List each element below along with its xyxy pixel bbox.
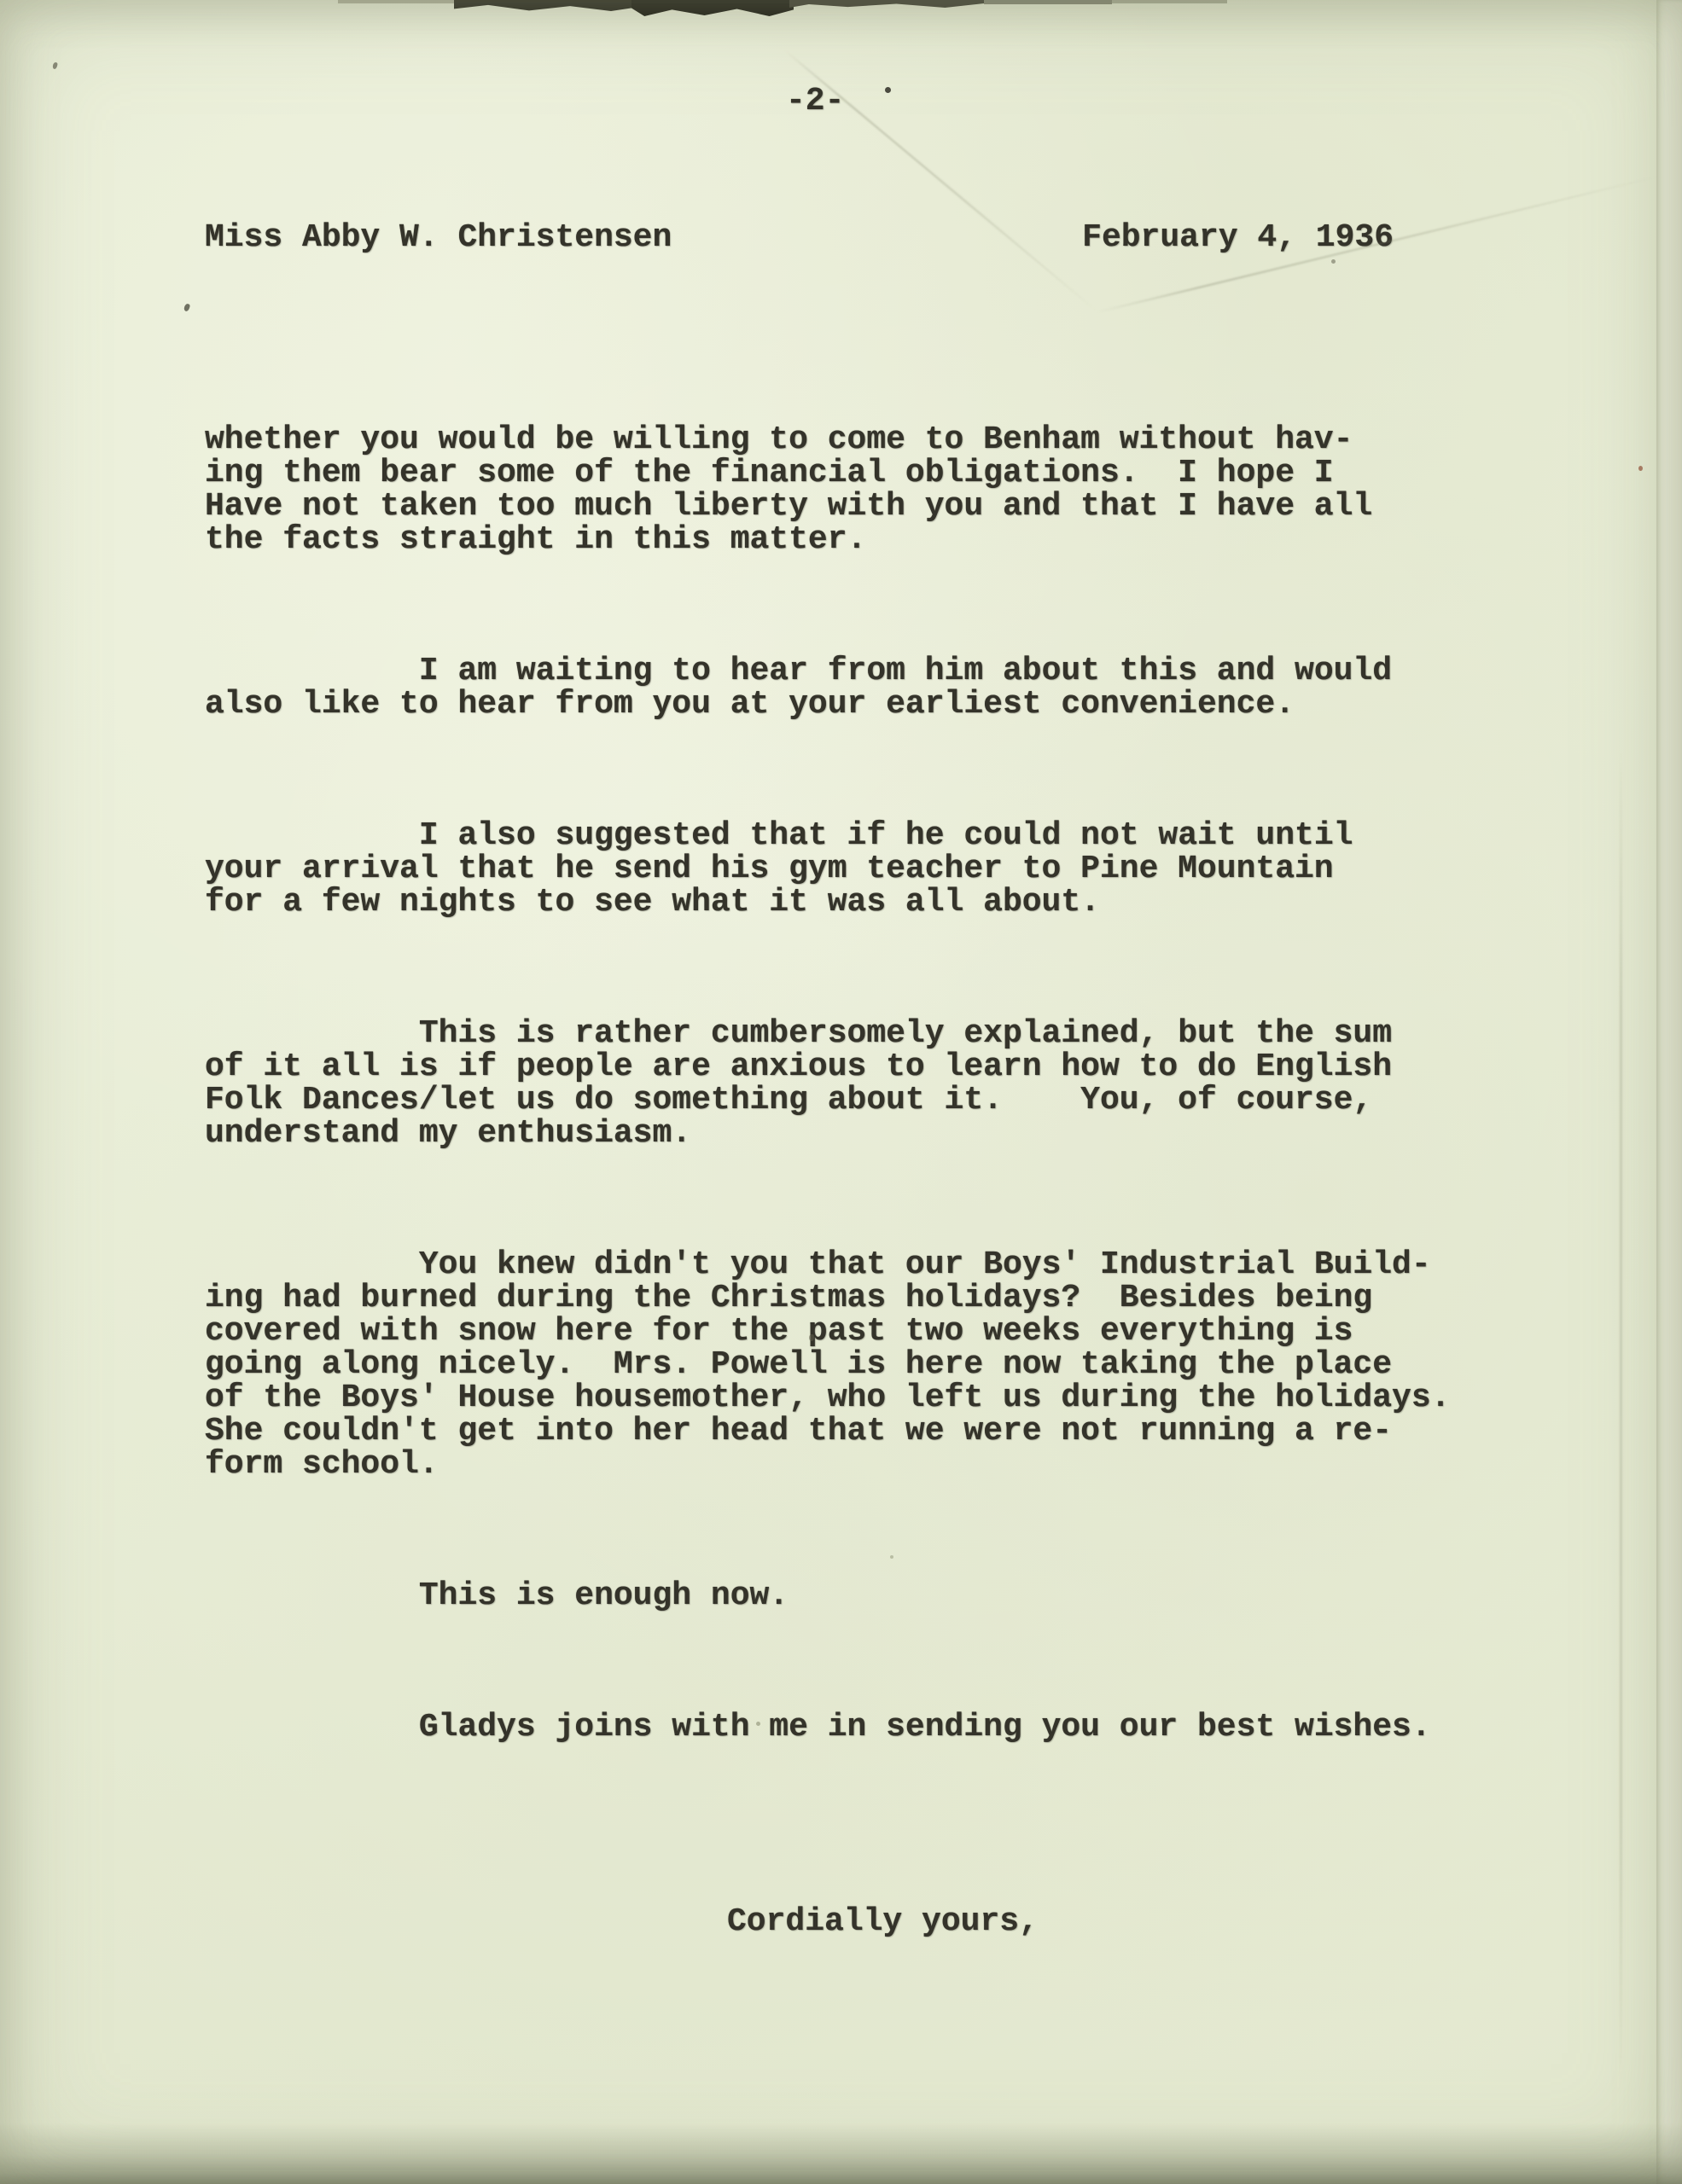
paragraph: whether you would be willing to come to … [205,423,1485,556]
scan-bottom-shadow [0,2123,1682,2184]
paper-right-edge [1656,0,1682,2184]
paragraph: This is rather cumbersomely explained, b… [205,1017,1485,1150]
scan-top-edge-artifact [338,0,454,3]
paragraph: You knew didn't you that our Boys' Indus… [205,1248,1485,1481]
scan-top-edge-artifact [984,0,1112,4]
scan-top-edge-artifact [631,0,794,16]
paragraph: Gladys joins with me in sending you our … [205,1711,1485,1744]
ink-speck [1331,259,1336,264]
recipient-name: Miss Abby W. Christensen [205,221,672,254]
letter-body: whether you would be willing to come to … [205,357,1485,2005]
letter-page: -2- Miss Abby W. Christensen February 4,… [0,0,1682,2184]
paragraph: I also suggested that if he could not wa… [205,819,1485,919]
scan-top-edge-artifact [454,0,795,11]
paragraph: I am waiting to hear from him about this… [205,654,1485,721]
ink-speck [1638,466,1643,471]
ink-speck [885,87,891,93]
letter-date: February 4, 1936 [1082,221,1394,254]
letter-header: Miss Abby W. Christensen February 4, 193… [205,221,1394,254]
paper-crease [1620,751,1622,2082]
closing-salutation: Cordially yours, [727,1905,1485,1938]
paragraph: This is enough now. [205,1579,1485,1612]
scan-top-edge-artifact [789,0,984,8]
ink-speck [183,303,190,311]
scan-top-edge-artifact [1112,0,1227,3]
ink-speck [52,61,58,69]
page-number: -2- [786,84,844,118]
